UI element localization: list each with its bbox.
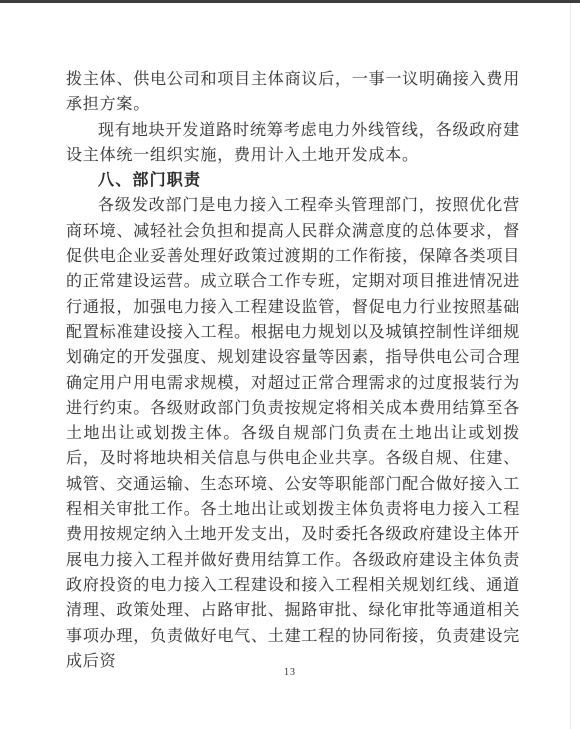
paragraph-department-responsibilities: 各级发改部门是电力接入工程牵头管理部门，按照优化营商环境、减轻社会负担和提高人民… [66,193,520,674]
page-content: 拨主体、供电公司和项目主体商议后，一事一议明确接入费用承担方案。 现有地块开发道… [66,67,520,674]
scan-top-edge [0,0,580,3]
section-heading-department-duties: 八、部门职责 [66,168,520,193]
page-number: 13 [0,667,580,678]
paragraph-cost-plan-continuation: 拨主体、供电公司和项目主体商议后，一事一议明确接入费用承担方案。 [66,67,520,118]
document-page: 拨主体、供电公司和项目主体商议后，一事一议明确接入费用承担方案。 现有地块开发道… [0,0,580,729]
page-right-seam [570,3,571,729]
paragraph-road-development: 现有地块开发道路时统筹考虑电力外线管线，各级政府建设主体统一组织实施，费用计入土… [66,118,520,169]
